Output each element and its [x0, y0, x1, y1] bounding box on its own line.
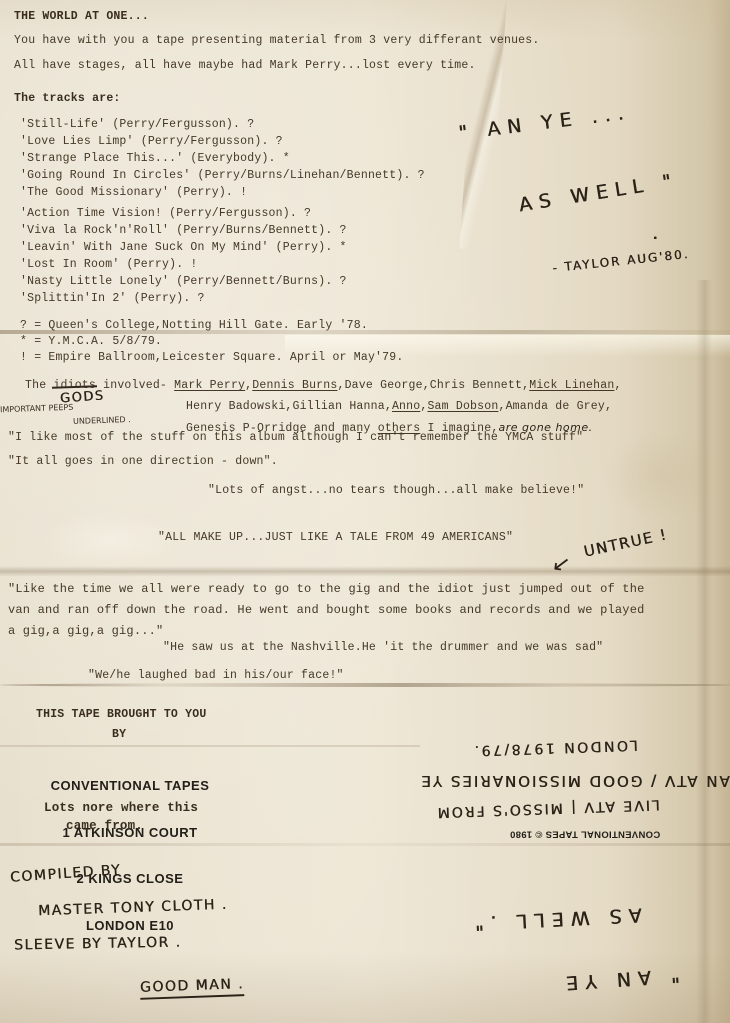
tracks-heading: The tracks are: — [14, 90, 121, 107]
quote-laughed: "We/he laughed bad in his/our face!" — [88, 667, 344, 684]
involved-row-2: Henry Badowski,Gillian Hanna,Anno,Sam Do… — [186, 398, 612, 415]
handwritten-quote-period: . — [652, 222, 665, 244]
involved-names: ,Dave George,Chris Bennett, — [337, 379, 529, 392]
handwritten-good-man: GOOD MAN . — [140, 976, 245, 1000]
flipped-quote-line: AS WELL ." — [468, 903, 643, 934]
track-line: 'Lost In Room' (Perry). ! — [20, 256, 347, 273]
involved-name: Mark Perry — [174, 379, 245, 392]
lots-more-line: came from. — [66, 818, 143, 835]
brought-to-you-by: BY — [112, 726, 126, 743]
track-line: 'Nasty Little Lonely' (Perry/Bennett/Bur… — [20, 273, 347, 290]
handwritten-taylor-credit: - TAYLOR AUG'80. — [552, 247, 690, 275]
flipped-quote-line: " AN YE — [559, 964, 681, 994]
involved-lead: The — [25, 379, 53, 392]
handwritten-sleeve-by: SLEEVE BY TAYLOR . — [14, 935, 182, 954]
quote-van-story-line: "Like the time we all were ready to go t… — [8, 579, 645, 600]
quote-nashville: "He saw us at the Nashville.He 'it the d… — [163, 639, 603, 656]
flipped-copyright: CONVENTIONAL TAPES © 1980 — [505, 826, 665, 842]
untrue-arrow-icon: ↙ — [550, 551, 572, 578]
label-address-block: CONVENTIONAL TAPES 1 ATKINSON COURT 2 KI… — [50, 747, 210, 964]
flipped-quote-block: " AN YE AS WELL ." — [435, 868, 710, 998]
venue-key: ? = Queen's College,Notting Hill Gate. E… — [20, 318, 403, 366]
involved-name: Dennis Burns — [252, 379, 337, 392]
intro-line: You have with you a tape presenting mate… — [14, 32, 539, 49]
involved-names: ,Amanda de Grey, — [498, 400, 612, 413]
track-group-2: 'Action Time Vision! (Perry/Fergusson). … — [20, 205, 347, 307]
label-company: CONVENTIONAL TAPES — [50, 778, 210, 794]
involved-name: Mick Linehan — [529, 379, 614, 392]
paper-crease-horizontal-2 — [0, 566, 730, 578]
involved-row-1: The idiots involved- Mark Perry,Dennis B… — [25, 377, 622, 394]
involved-name: Sam Dobson — [427, 400, 498, 413]
scanned-tape-insert: THE WORLD AT ONE... You have with you a … — [0, 0, 730, 1023]
quote-all-make-up: "ALL MAKE UP...JUST LIKE A TALE FROM 49 … — [158, 529, 513, 546]
handwritten-quote-line-1: " AN YE ... — [457, 102, 631, 145]
track-line: 'Still-Life' (Perry/Fergusson). ? — [20, 116, 425, 133]
quote-album: "I like most of the stuff on this album … — [8, 429, 583, 446]
venue-key-line: ! = Empire Ballroom,Leicester Square. Ap… — [20, 350, 403, 366]
flipped-tape-title-line: LIVE ATV | MISSO'S FROM — [445, 796, 660, 819]
track-line: 'Strange Place This...' (Everybody). * — [20, 150, 425, 167]
track-line: 'Going Round In Circles' (Perry/Burns/Li… — [20, 167, 425, 184]
involved-lead-after: involved- — [96, 379, 174, 392]
handwritten-quote-line-2: AS WELL " — [517, 170, 679, 217]
track-line: 'Love Lies Limp' (Perry/Fergusson). ? — [20, 133, 425, 150]
flipped-tape-title-line: LONDON 1978/79. — [445, 737, 638, 760]
label-address-3: LONDON E10 — [50, 918, 210, 934]
page-title: THE WORLD AT ONE... — [14, 8, 149, 25]
involved-names: Henry Badowski,Gillian Hanna, — [186, 400, 392, 413]
involved-sep: , — [614, 379, 621, 392]
quote-angst: "Lots of angst...no tears though...all m… — [208, 482, 584, 499]
quote-van-story: "Like the time we all were ready to go t… — [8, 579, 645, 642]
involved-name: Anno — [392, 400, 420, 413]
brought-to-you-line: THIS TAPE BROUGHT TO YOU — [36, 706, 206, 723]
track-line: 'The Good Missionary' (Perry). ! — [20, 184, 425, 201]
flipped-band-line: AN ATV / GOOD MISSIONARIES YE — [405, 772, 730, 790]
track-line: 'Leavin' With Jane Suck On My Mind' (Per… — [20, 239, 347, 256]
venue-key-line: ? = Queen's College,Notting Hill Gate. E… — [20, 318, 403, 334]
track-group-1: 'Still-Life' (Perry/Fergusson). ? 'Love … — [20, 116, 425, 201]
track-line: 'Viva la Rock'n'Roll' (Perry/Burns/Benne… — [20, 222, 347, 239]
lots-more-line: Lots nore where this — [44, 800, 198, 817]
venue-key-line: * = Y.M.C.A. 5/8/79. — [20, 334, 403, 350]
intro-line: All have stages, all have maybe had Mark… — [14, 57, 476, 74]
handwritten-margin-note-1: IMPORTANT PEEPS — [0, 403, 73, 415]
track-line: 'Splittin'In 2' (Perry). ? — [20, 290, 347, 307]
paper-stain — [600, 430, 720, 520]
quote-van-story-line: van and ran off down the road. He went a… — [8, 600, 645, 621]
handwritten-untrue-note: UNTRUE ! — [582, 525, 669, 560]
quote-direction: "It all goes in one direction - down". — [8, 453, 278, 470]
handwritten-margin-note-2: UNDERLINED . — [73, 415, 131, 426]
track-line: 'Action Time Vision! (Perry/Fergusson). … — [20, 205, 347, 222]
